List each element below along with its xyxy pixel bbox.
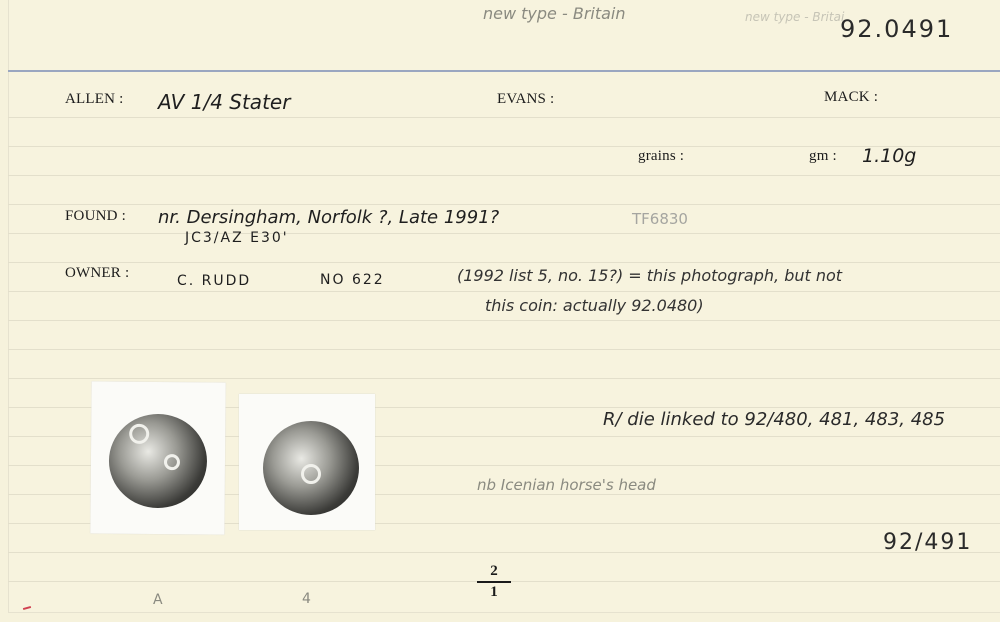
gm-label: gm : (809, 148, 837, 165)
found-label: FOUND : (65, 208, 126, 225)
ruled-line (8, 204, 1000, 205)
ruled-line (8, 117, 1000, 118)
header-faint-note: new type - Britain / die-links... (745, 10, 845, 24)
obverse-coin-image (109, 414, 208, 509)
fraction-bar (477, 581, 511, 583)
footer-mark-a: A (153, 592, 163, 608)
obverse-photo (90, 381, 225, 534)
header-pencil-note: new type - Britain (483, 4, 626, 23)
ruled-line (8, 175, 1000, 176)
ruled-line (8, 320, 1000, 321)
ruled-line (8, 552, 1000, 553)
ruled-line (8, 349, 1000, 350)
ruled-line (8, 262, 1000, 263)
header-rule (8, 70, 1000, 72)
ruled-line (8, 378, 1000, 379)
card-fraction: 2 1 (477, 563, 511, 601)
reference-number: 92/491 (883, 530, 972, 555)
footer-mark-4: 4 (302, 591, 311, 607)
owner-note-line1: (1992 list 5, no. 15?) = this photograph… (457, 266, 842, 285)
owner-number: NO 622 (320, 272, 385, 288)
reverse-coin-image (263, 421, 359, 515)
allen-label: ALLEN : (65, 91, 123, 108)
pencil-horse-note: nb Icenian horse's head (477, 476, 656, 494)
owner-label: OWNER : (65, 265, 129, 282)
gm-value: 1.10g (862, 145, 916, 167)
fraction-denominator: 1 (477, 584, 511, 601)
ruled-line (8, 291, 1000, 292)
ruled-line (8, 233, 1000, 234)
die-link-note: R/ die linked to 92/480, 481, 483, 485 (603, 409, 945, 430)
fraction-numerator: 2 (477, 563, 511, 580)
found-sub-value: JC3/AZ E30' (185, 230, 289, 246)
owner-note-line2: this coin: actually 92.0480) (485, 296, 704, 315)
reverse-photo (239, 394, 375, 530)
grains-label: grains : (638, 148, 684, 165)
found-value: nr. Dersingham, Norfolk ?, Late 1991? (158, 207, 499, 228)
mack-label: MACK : (824, 89, 878, 106)
catalogue-number: 92.0491 (840, 15, 953, 43)
owner-name: C. RUDD (177, 273, 251, 289)
evans-label: EVANS : (497, 91, 554, 108)
allen-value: AV 1/4 Stater (158, 90, 290, 114)
grid-reference: TF6830 (632, 210, 688, 228)
ruled-line (8, 146, 1000, 147)
